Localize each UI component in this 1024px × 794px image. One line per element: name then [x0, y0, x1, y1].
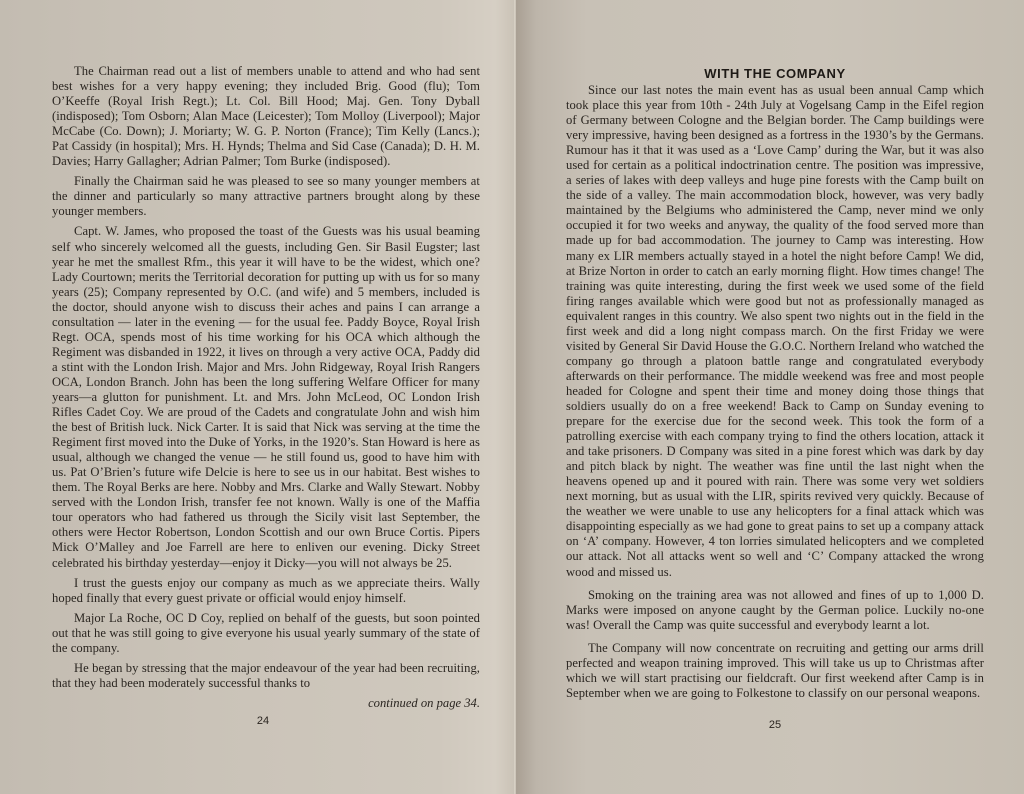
left-page: The Chairman read out a list of members …: [0, 0, 516, 794]
right-page: WITH THE COMPANY Since our last notes th…: [516, 0, 1024, 794]
paragraph-toast-of-guests: Capt. W. James, who proposed the toast o…: [52, 224, 480, 570]
paragraph-smoking: Smoking on the training area was not all…: [566, 588, 984, 633]
page-number-right: 25: [566, 719, 984, 731]
paragraph-absent-members: The Chairman read out a list of members …: [52, 64, 480, 169]
paragraph-major-la-roche: Major La Roche, OC D Coy, replied on beh…: [52, 611, 480, 656]
left-page-body: The Chairman read out a list of members …: [52, 64, 480, 691]
section-heading: WITH THE COMPANY: [566, 66, 984, 81]
open-booklet-spread: The Chairman read out a list of members …: [0, 0, 1024, 794]
paragraph-recruiting: He began by stressing that the major end…: [52, 661, 480, 691]
continued-note: continued on page 34.: [52, 696, 480, 711]
right-page-body: Since our last notes the main event has …: [566, 83, 984, 701]
paragraph-younger-members: Finally the Chairman said he was pleased…: [52, 174, 480, 219]
page-number-left: 24: [52, 715, 474, 727]
paragraph-annual-camp: Since our last notes the main event has …: [566, 83, 984, 580]
paragraph-recruiting-plans: The Company will now concentrate on recr…: [566, 641, 984, 701]
paragraph-trust-guests: I trust the guests enjoy our company as …: [52, 576, 480, 606]
